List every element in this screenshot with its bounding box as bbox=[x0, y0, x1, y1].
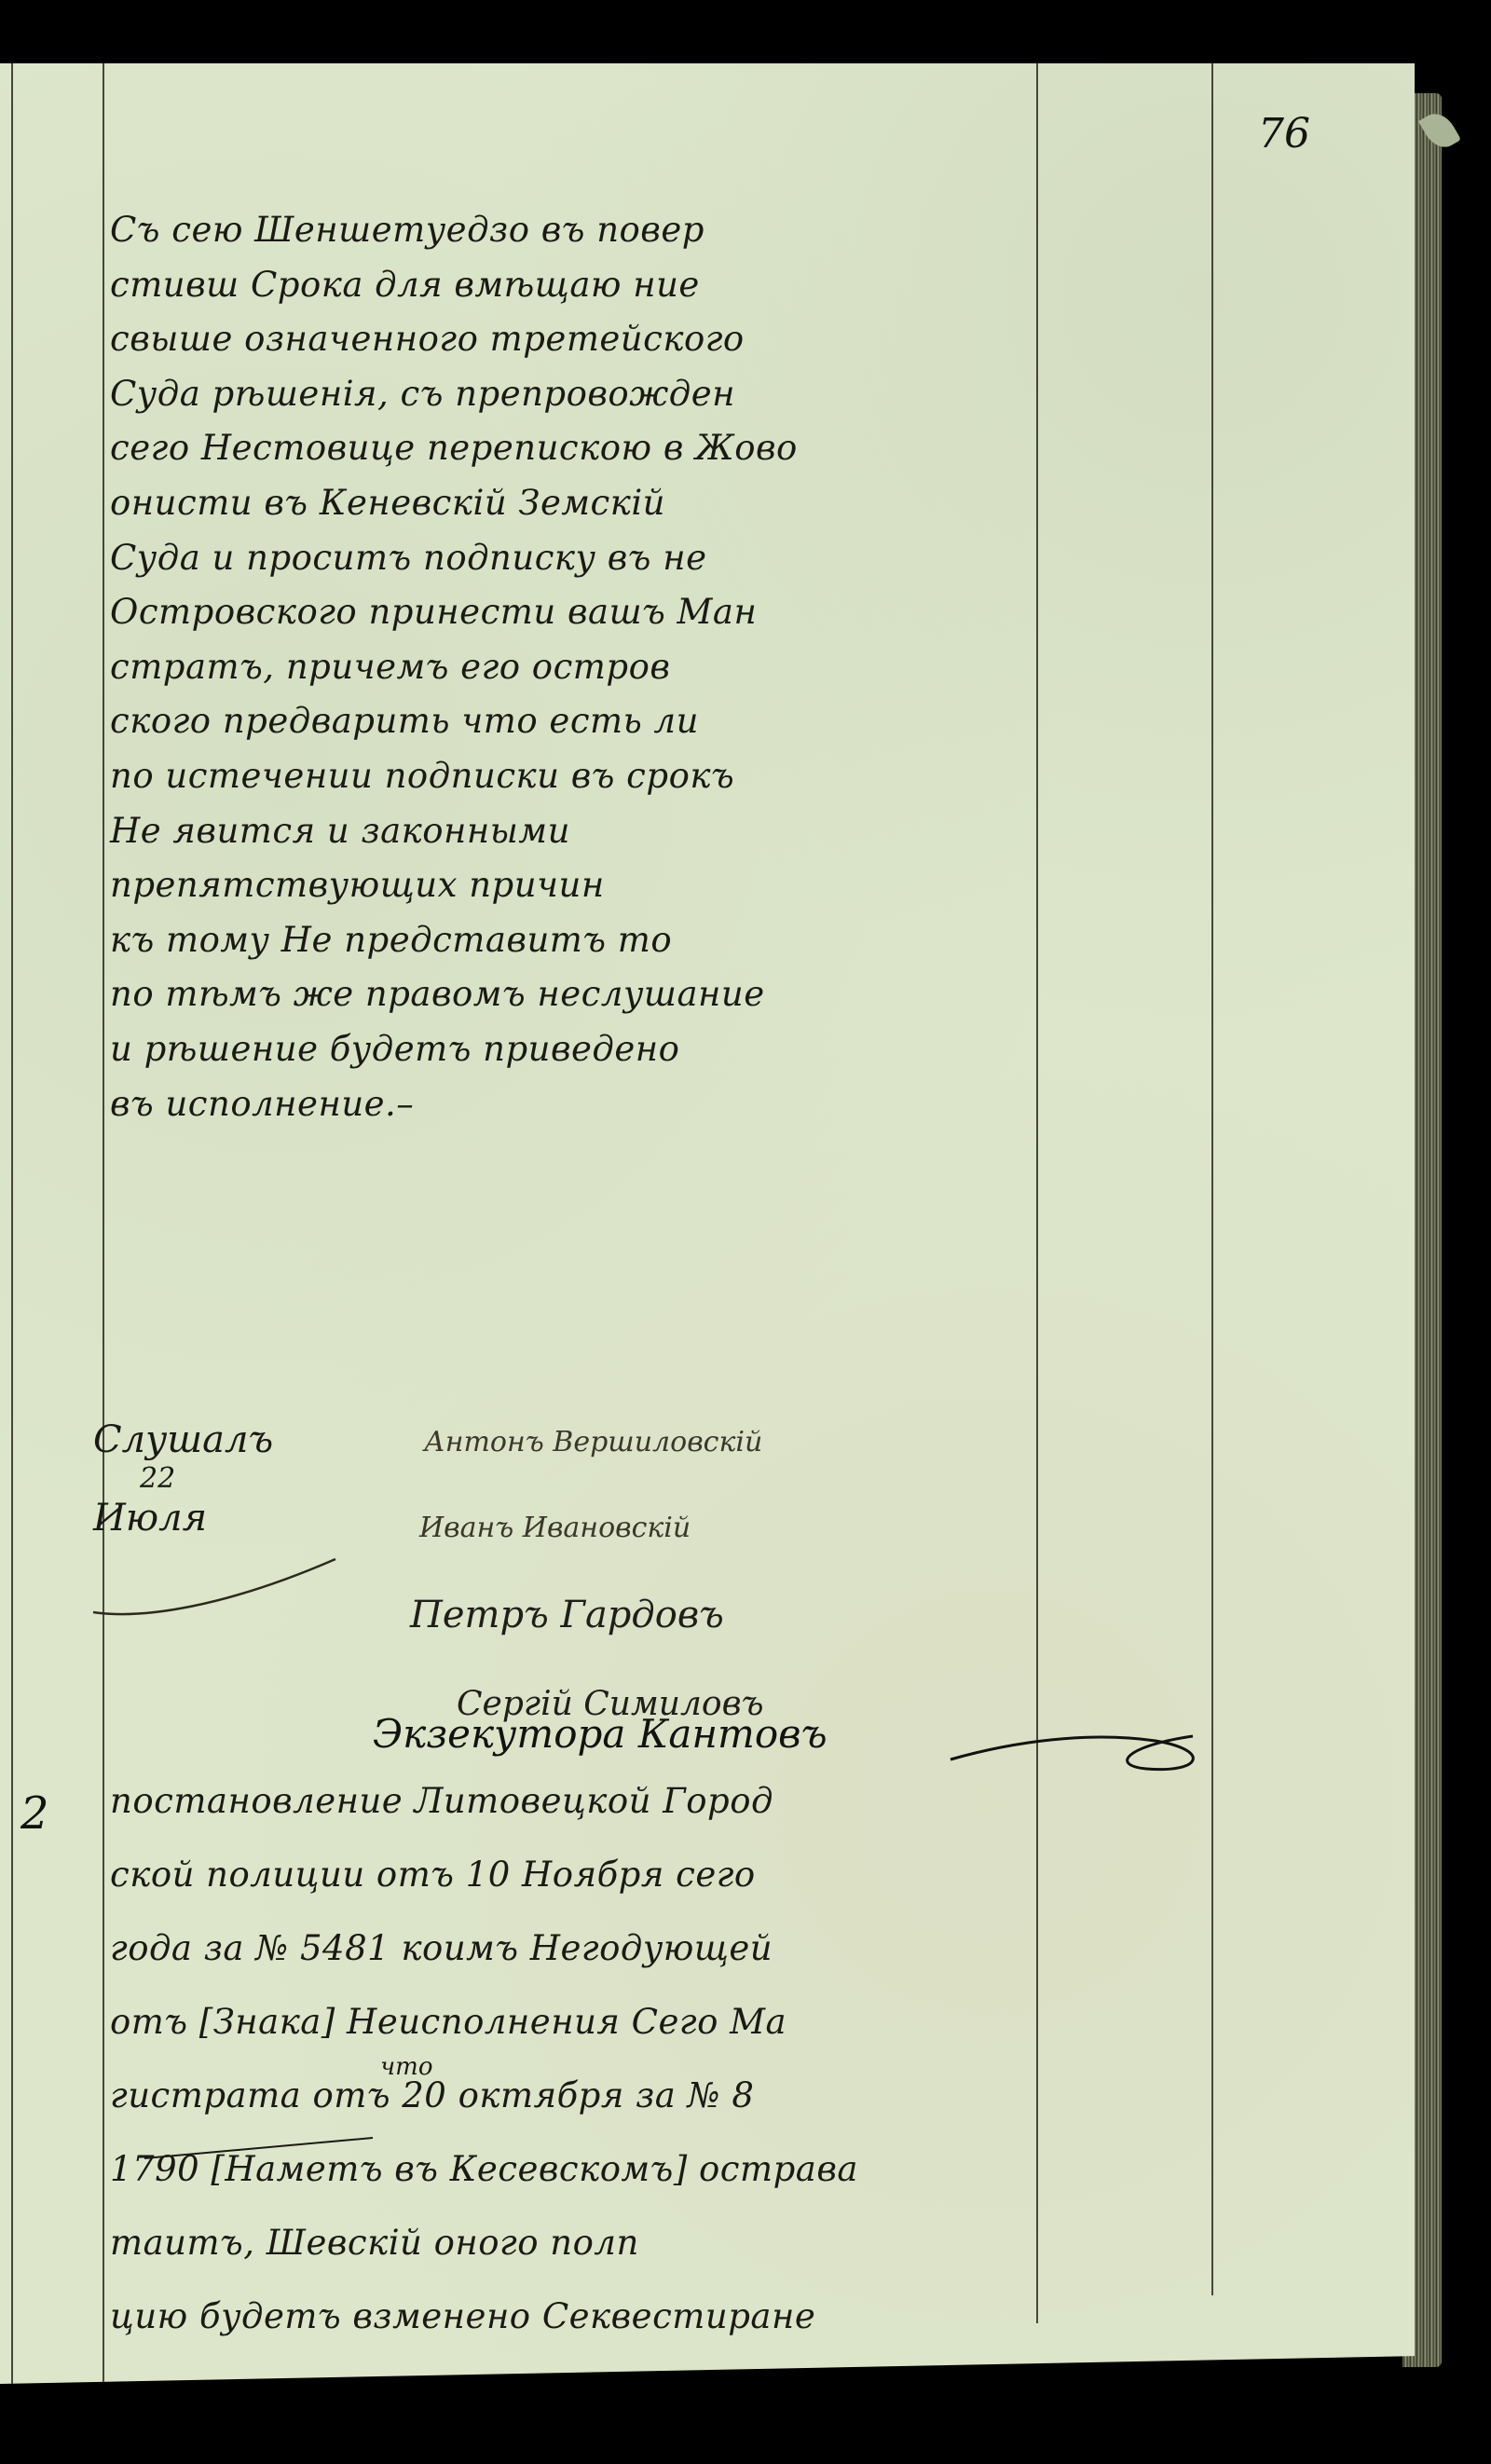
text-line: въ исполнение.– bbox=[110, 1077, 1051, 1132]
text-line: Островского принести вашъ Ман bbox=[110, 585, 1051, 640]
entry-line: гистрата отъ 20 октября за № 8 bbox=[110, 2059, 1051, 2132]
text-line: ского предварить что есть ли bbox=[110, 694, 1051, 749]
entry-line: года за № 5481 коимъ Негодующей bbox=[110, 1911, 1051, 1985]
entry-text-block: постановление Литовецкой Город ской поли… bbox=[110, 1764, 1051, 2353]
margin-note: Слушалъ 22 Июля bbox=[93, 1415, 354, 1543]
document-page: 76 Съ сею Шеншетуедзо въ повер стивш Сро… bbox=[0, 63, 1415, 2384]
margin-flourish-stroke bbox=[89, 1554, 340, 1620]
margin-note-month: Июля bbox=[93, 1493, 354, 1543]
ruled-line-outer-column bbox=[1211, 63, 1213, 2295]
body-text-block: Съ сею Шеншетуедзо въ повер стивш Срока … bbox=[110, 203, 1051, 1131]
entry-line: таитъ, Шевскій оного полп bbox=[110, 2206, 1051, 2279]
bracket-underline-stroke bbox=[140, 2130, 382, 2164]
margin-note-day: 22 bbox=[93, 1465, 354, 1493]
text-line: по истечении подписки въ срокъ bbox=[110, 749, 1051, 804]
text-line: Не явится и законными bbox=[110, 804, 1051, 859]
entry-line: отъ [Знака] Неисполнения Сего Ма bbox=[110, 1985, 1051, 2059]
text-line: Съ сею Шеншетуедзо въ повер bbox=[110, 203, 1051, 258]
text-line: стивш Срока для вмѣщаю ние bbox=[110, 258, 1051, 313]
page-number: 76 bbox=[1258, 110, 1310, 157]
text-line: стратъ, причемъ его остров bbox=[110, 640, 1051, 695]
ruled-line-left-edge bbox=[11, 63, 13, 2384]
signature: Антонъ Вершиловскій bbox=[424, 1410, 1137, 1496]
text-line: и рѣшение будетъ приведено bbox=[110, 1022, 1051, 1077]
section-heading: Экзекутора Кантовъ bbox=[373, 1711, 828, 1757]
text-line: онисти въ Кеневскій Земскій bbox=[110, 476, 1051, 531]
text-line: Суда рѣшенія, съ препровожден bbox=[110, 367, 1051, 422]
text-line: препятствующих причин bbox=[110, 858, 1051, 913]
entry-line: цию будетъ взменено Секвестиране bbox=[110, 2279, 1051, 2353]
entry-number: 2 bbox=[21, 1787, 49, 1840]
interlinear-annotation: что bbox=[380, 2053, 432, 2081]
text-line: по тѣмъ же правомъ неслушание bbox=[110, 967, 1051, 1022]
signature: Петръ Гардовъ bbox=[410, 1578, 1137, 1667]
ruled-line-margin bbox=[103, 63, 104, 2384]
text-line: свыше означенного третейского bbox=[110, 312, 1051, 367]
text-line: сего Нестовице перепискою в Жово bbox=[110, 421, 1051, 476]
text-line: Суда и проситъ подписку въ не bbox=[110, 531, 1051, 586]
entry-line: постановление Литовецкой Город bbox=[110, 1764, 1051, 1838]
entry-line: ской полиции отъ 10 Ноября сего bbox=[110, 1838, 1051, 1911]
margin-note-heard: Слушалъ bbox=[93, 1415, 354, 1465]
signature: Иванъ Ивановскій bbox=[419, 1496, 1137, 1578]
text-line: къ тому Не представитъ то bbox=[110, 913, 1051, 968]
